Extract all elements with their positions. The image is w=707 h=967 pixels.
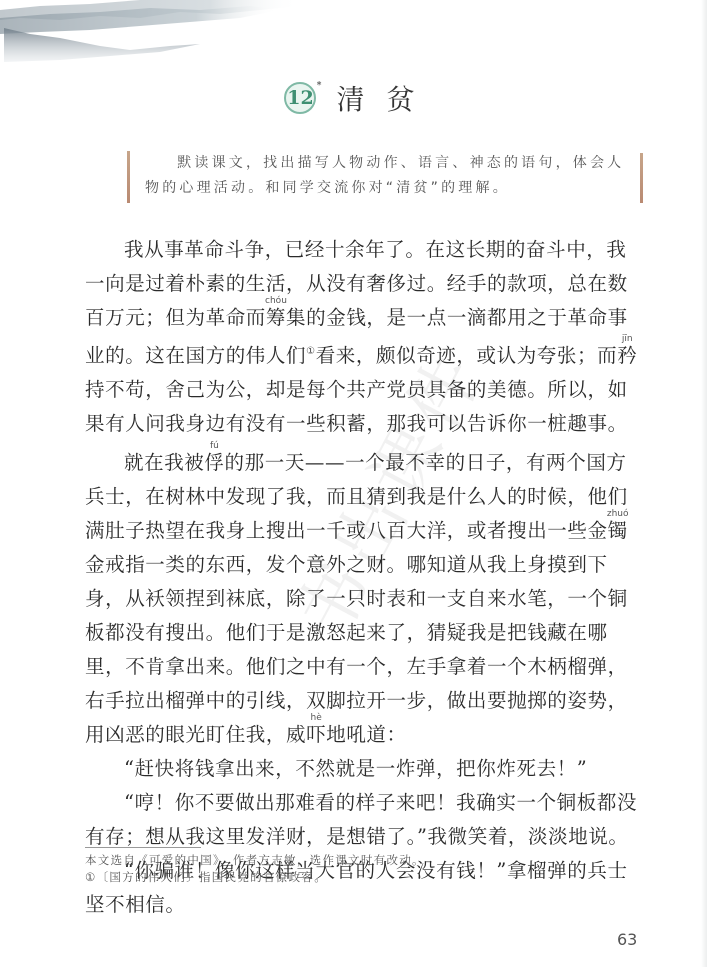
- lesson-title: 清贫: [336, 78, 436, 118]
- paragraph-1: 我从事革命斗争，已经十余年了。在这长期的奋斗中，我一向是过着朴素的生活，从没有奢…: [85, 233, 645, 441]
- ink-mountain-decoration: [0, 0, 300, 64]
- footnote-marker[interactable]: ①: [306, 346, 316, 357]
- paragraph-4: “哼！你不要做出那难看的样子来吧！我确实一个铜板都没有存；想从我这里发洋财，是想…: [85, 786, 645, 854]
- lesson-number-badge: 12 *: [284, 82, 316, 114]
- ruby-he: 吓hè: [306, 723, 326, 746]
- page-edge: [701, 0, 707, 967]
- source-note: 本文选自《可爱的中国》，作者方志敏，选作课文时有改动。: [85, 852, 605, 869]
- lesson-number: 12: [287, 87, 313, 109]
- ruby-fu: 俘fú: [204, 451, 224, 474]
- reading-guide-box: 默读课文，找出描写人物动作、语言、神态的语句，体会人物的心理活动。和同学交流你对…: [127, 147, 639, 203]
- lesson-header: 12 * 清贫: [0, 78, 707, 124]
- page-number: 63: [617, 930, 637, 949]
- paragraph-3: “赶快将钱拿出来，不然就是一炸弹，把你炸死去！”: [85, 752, 645, 786]
- footnotes: 本文选自《可爱的中国》，作者方志敏，选作课文时有改动。 ①〔国方的伟人们〕指国民…: [85, 852, 605, 886]
- lesson-body: 我从事革命斗争，已经十余年了。在这长期的奋斗中，我一向是过着朴素的生活，从没有奢…: [85, 233, 645, 922]
- paragraph-2: 就在我被俘fú的那一天——一个最不幸的日子，有两个国方兵士，在树林中发现了我，而…: [85, 441, 645, 752]
- ruby-chou: 筹chóu: [266, 306, 286, 329]
- footnote-1: ①〔国方的伟人们〕指国民党的官僚政客。: [85, 869, 605, 886]
- self-study-star-icon: *: [317, 81, 322, 91]
- reading-guide-text: 默读课文，找出描写人物动作、语言、神态的语句，体会人物的心理活动。和同学交流你对…: [145, 151, 631, 201]
- guide-right-bar: [640, 153, 643, 203]
- ruby-jin: 矜jīn: [617, 344, 637, 367]
- ruby-zhuo: 镯zhuó: [608, 519, 628, 542]
- guide-left-bar: [127, 151, 130, 203]
- footnote-divider: [85, 847, 201, 848]
